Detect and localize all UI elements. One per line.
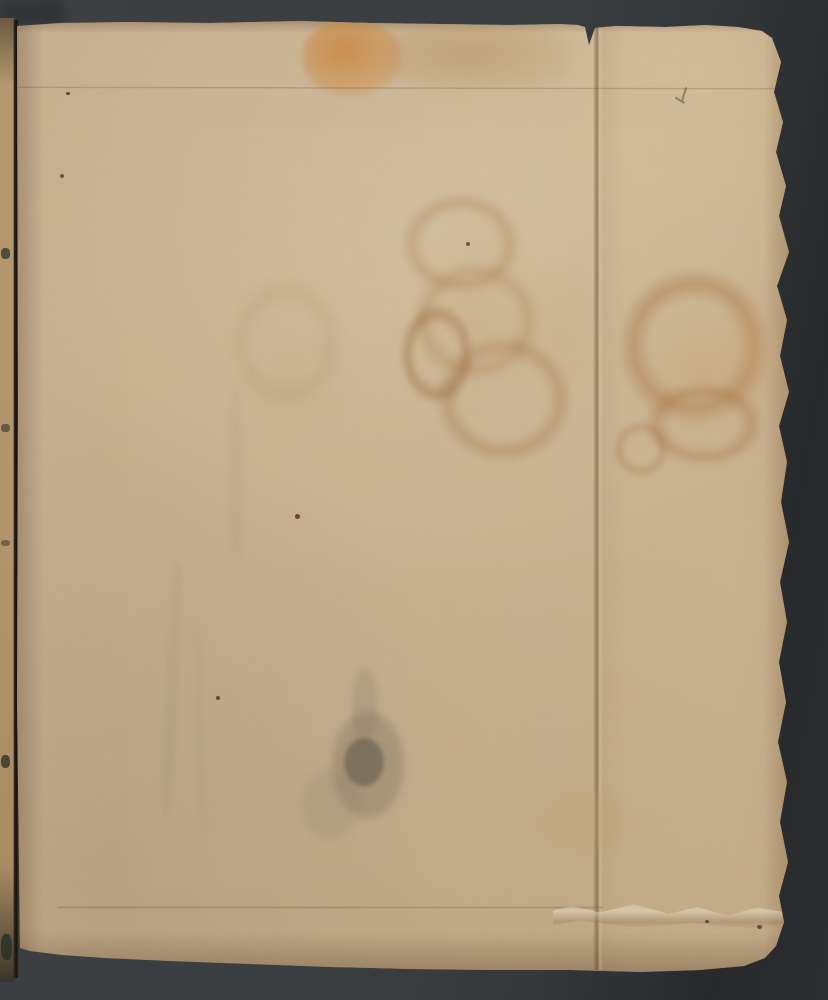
tan-stain-top	[384, 22, 572, 92]
water-stain-ring	[396, 298, 478, 410]
fore-edge-water-stain	[638, 378, 770, 470]
water-stain-ring	[428, 328, 580, 470]
water-stain-ring	[395, 188, 527, 300]
previous-page-edge-strip	[0, 18, 14, 982]
graphite-smudge-core	[344, 738, 384, 786]
ink-speck	[705, 920, 709, 923]
vertical-fold-crease	[593, 24, 603, 970]
faint-water-stain-left	[240, 328, 352, 450]
top-left-corner-shadow	[0, 0, 64, 26]
scan-background	[0, 0, 828, 1000]
faint-pencil-mark	[674, 86, 696, 110]
ink-speck	[757, 925, 762, 929]
paper-grain-texture	[0, 0, 828, 1000]
water-stain-fill	[505, 248, 617, 410]
fore-edge-water-stain	[610, 260, 778, 432]
gutter-shadow	[13, 20, 19, 978]
ink-speck	[66, 92, 70, 95]
fore-edge-water-stain	[610, 418, 672, 480]
faint-stain-lower-center	[540, 790, 626, 852]
manuscript-page	[0, 0, 828, 1000]
page-bottom-edge-shadow	[17, 932, 787, 974]
fore-edge-water-stain	[628, 298, 780, 450]
horizontal-crease-bottom	[58, 906, 603, 909]
water-stain-ring	[405, 255, 547, 387]
faint-water-stain-left	[225, 272, 347, 414]
page-top-edge-shadow	[17, 21, 787, 33]
faint-streak	[230, 380, 242, 560]
graphite-smudge-tail	[300, 770, 360, 840]
sewing-stitch-mark	[1, 424, 10, 432]
ink-speck	[466, 242, 470, 246]
sewing-stitch-mark	[1, 755, 10, 768]
horizontal-crease-top	[18, 85, 786, 91]
graphite-smudge	[332, 712, 404, 818]
fore-edge-water-stain	[718, 268, 790, 430]
ink-speck	[295, 514, 300, 519]
ink-speck	[216, 696, 220, 700]
orange-stain-top	[303, 20, 401, 94]
ink-speck	[60, 174, 64, 178]
faint-streak	[158, 560, 186, 820]
faint-streak	[191, 620, 209, 840]
fore-edge-leaf-tint	[600, 22, 790, 972]
page-right-edge-fiber-shadow	[764, 28, 790, 963]
sewing-stitch-mark	[1, 248, 10, 259]
sewing-stitch-mark	[1, 934, 12, 960]
sewing-stitch-mark	[1, 540, 10, 546]
water-stain-fill	[408, 200, 550, 432]
torn-fiber-band	[553, 898, 785, 930]
page-left-edge-shadow	[17, 20, 43, 975]
graphite-smudge-streak	[352, 668, 378, 740]
